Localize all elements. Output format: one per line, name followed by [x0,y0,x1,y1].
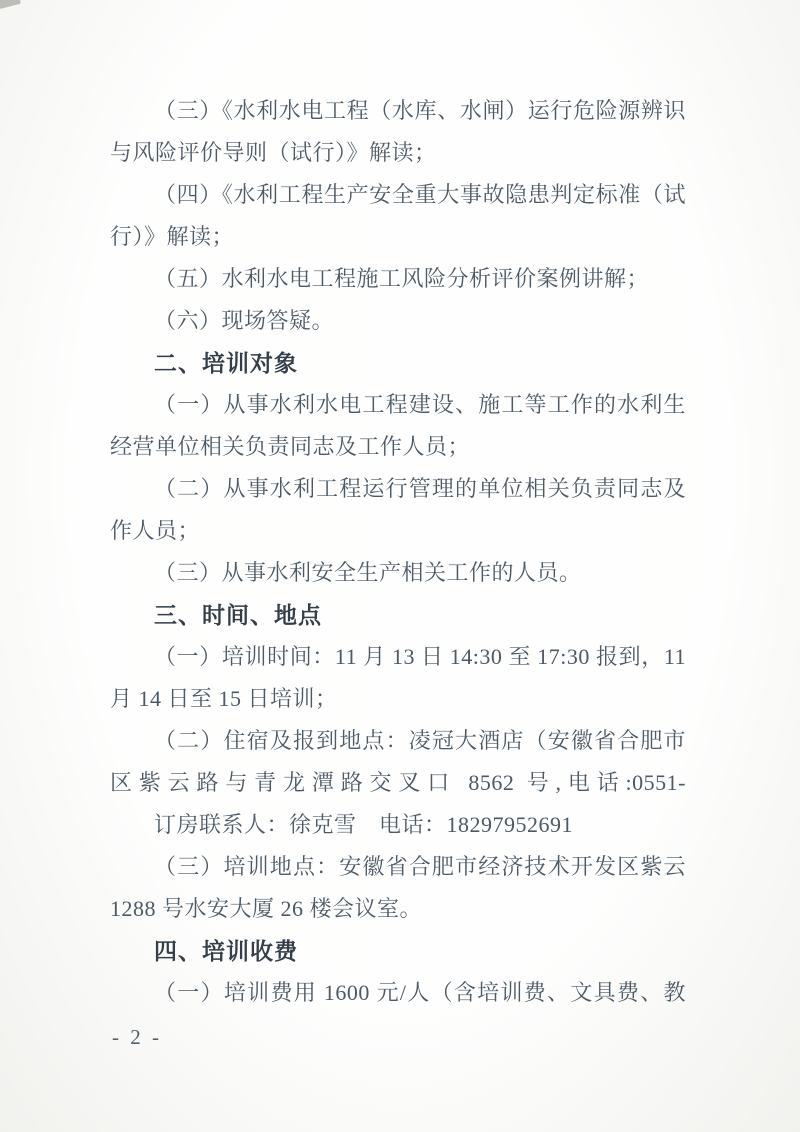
training-content-line: （六）现场答疑。 [110,300,686,342]
training-content-line: 与风险评价导则（试行）》解读； [110,132,686,174]
training-content-line: 行）》解读； [110,216,686,258]
hotel-contact-line: 订房联系人：徐克雪 电话：18297952691 [110,804,686,846]
training-audience-line: （一）从事水利水电工程建设、施工等工作的水利生产 [110,384,686,426]
training-content-line: （四）《水利工程生产安全重大事故隐患判定标准（试 [110,174,686,216]
section-heading-training-fee: 四、培训收费 [110,930,686,972]
training-fee-line: （一）培训费用 1600 元/人（含培训费、文具费、教材 [110,972,686,1014]
section-heading-time-location: 三、时间、地点 [110,594,686,636]
time-location-line: （一）培训时间：11 月 13 日 14:30 至 17:30 报到，11 [110,636,686,678]
page-number: - 2 - [112,1022,162,1052]
time-location-line: 1288 号水安大厦 26 楼会议室。 [110,888,686,930]
time-location-line: （三）培训地点：安徽省合肥市经济技术开发区紫云路 [110,846,686,888]
time-location-line: 区紫云路与青龙潭路交叉口 8562 号,电话:0551-63516658）； [110,762,686,804]
document-body: （三）《水利水电工程（水库、水闸）运行危险源辨识 与风险评价导则（试行）》解读；… [110,90,686,1014]
training-audience-line: 经营单位相关负责同志及工作人员； [110,426,686,468]
training-audience-line: （三）从事水利安全生产相关工作的人员。 [110,552,686,594]
training-audience-line: 作人员； [110,510,686,552]
document-page: （三）《水利水电工程（水库、水闸）运行危险源辨识 与风险评价导则（试行）》解读；… [0,0,800,1132]
time-location-line: 月 14 日至 15 日培训； [110,678,686,720]
training-content-line: （五）水利水电工程施工风险分析评价案例讲解； [110,258,686,300]
scan-edge-artifact [0,0,21,10]
training-audience-line: （二）从事水利工程运行管理的单位相关负责同志及工 [110,468,686,510]
training-content-line: （三）《水利水电工程（水库、水闸）运行危险源辨识 [110,90,686,132]
time-location-line: （二）住宿及报到地点：凌冠大酒店（安徽省合肥市经开 [110,720,686,762]
section-heading-training-audience: 二、培训对象 [110,342,686,384]
